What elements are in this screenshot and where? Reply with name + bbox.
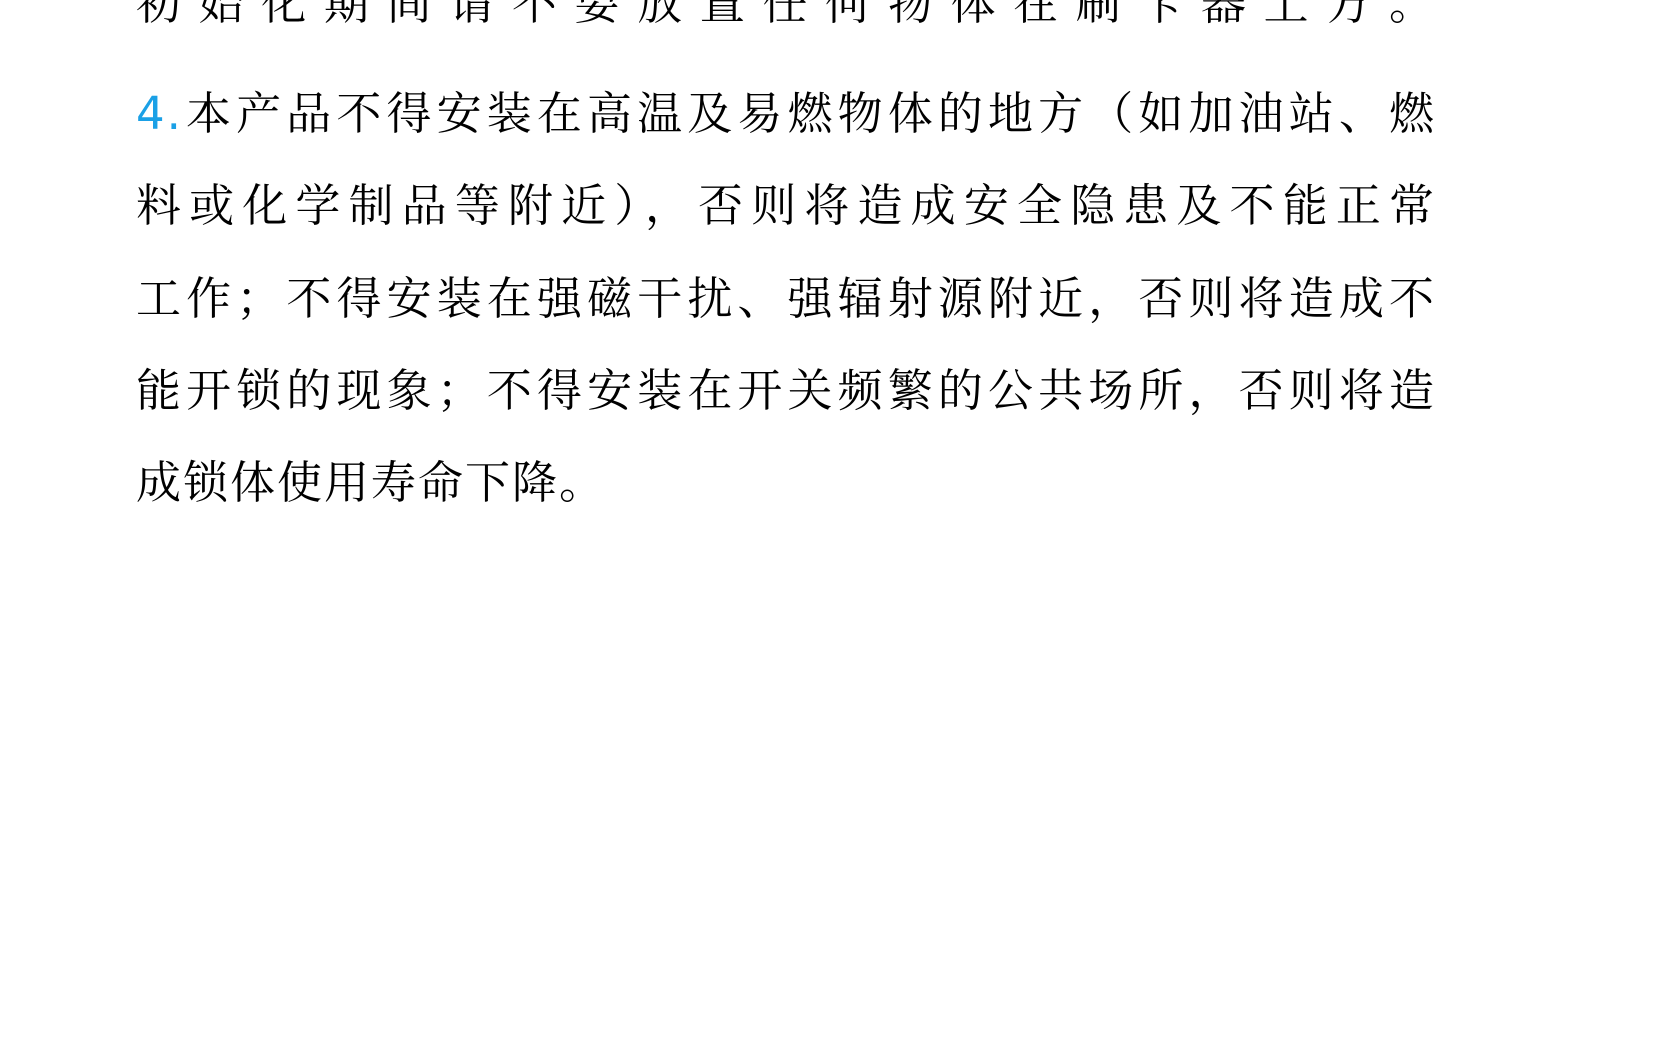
list-item-text: 本产品不得安装在高温及易燃物体的地方（如加油站、燃 [183, 87, 1436, 140]
list-item-number: 4. [136, 87, 183, 140]
document-page: 初始化期间请不要放置任何物体在刷卡器上方。 4.本产品不得安装在高温及易燃物体的… [0, 0, 1654, 1051]
list-item-4-line-5: 成锁体使用寿命下降。 [136, 455, 1436, 511]
list-item-4-line-4: 能开锁的现象；不得安装在开关频繁的公共场所，否则将造 [136, 363, 1436, 419]
list-item-4-line-2: 料或化学制品等附近），否则将造成安全隐患及不能正常 [136, 178, 1436, 234]
list-item-4-line-1: 4.本产品不得安装在高温及易燃物体的地方（如加油站、燃 [136, 86, 1436, 142]
list-item-4-line-3: 工作；不得安装在强磁干扰、强辐射源附近，否则将造成不 [136, 271, 1436, 327]
previous-paragraph-tail: 初始化期间请不要放置任何物体在刷卡器上方。 [136, 0, 1436, 32]
